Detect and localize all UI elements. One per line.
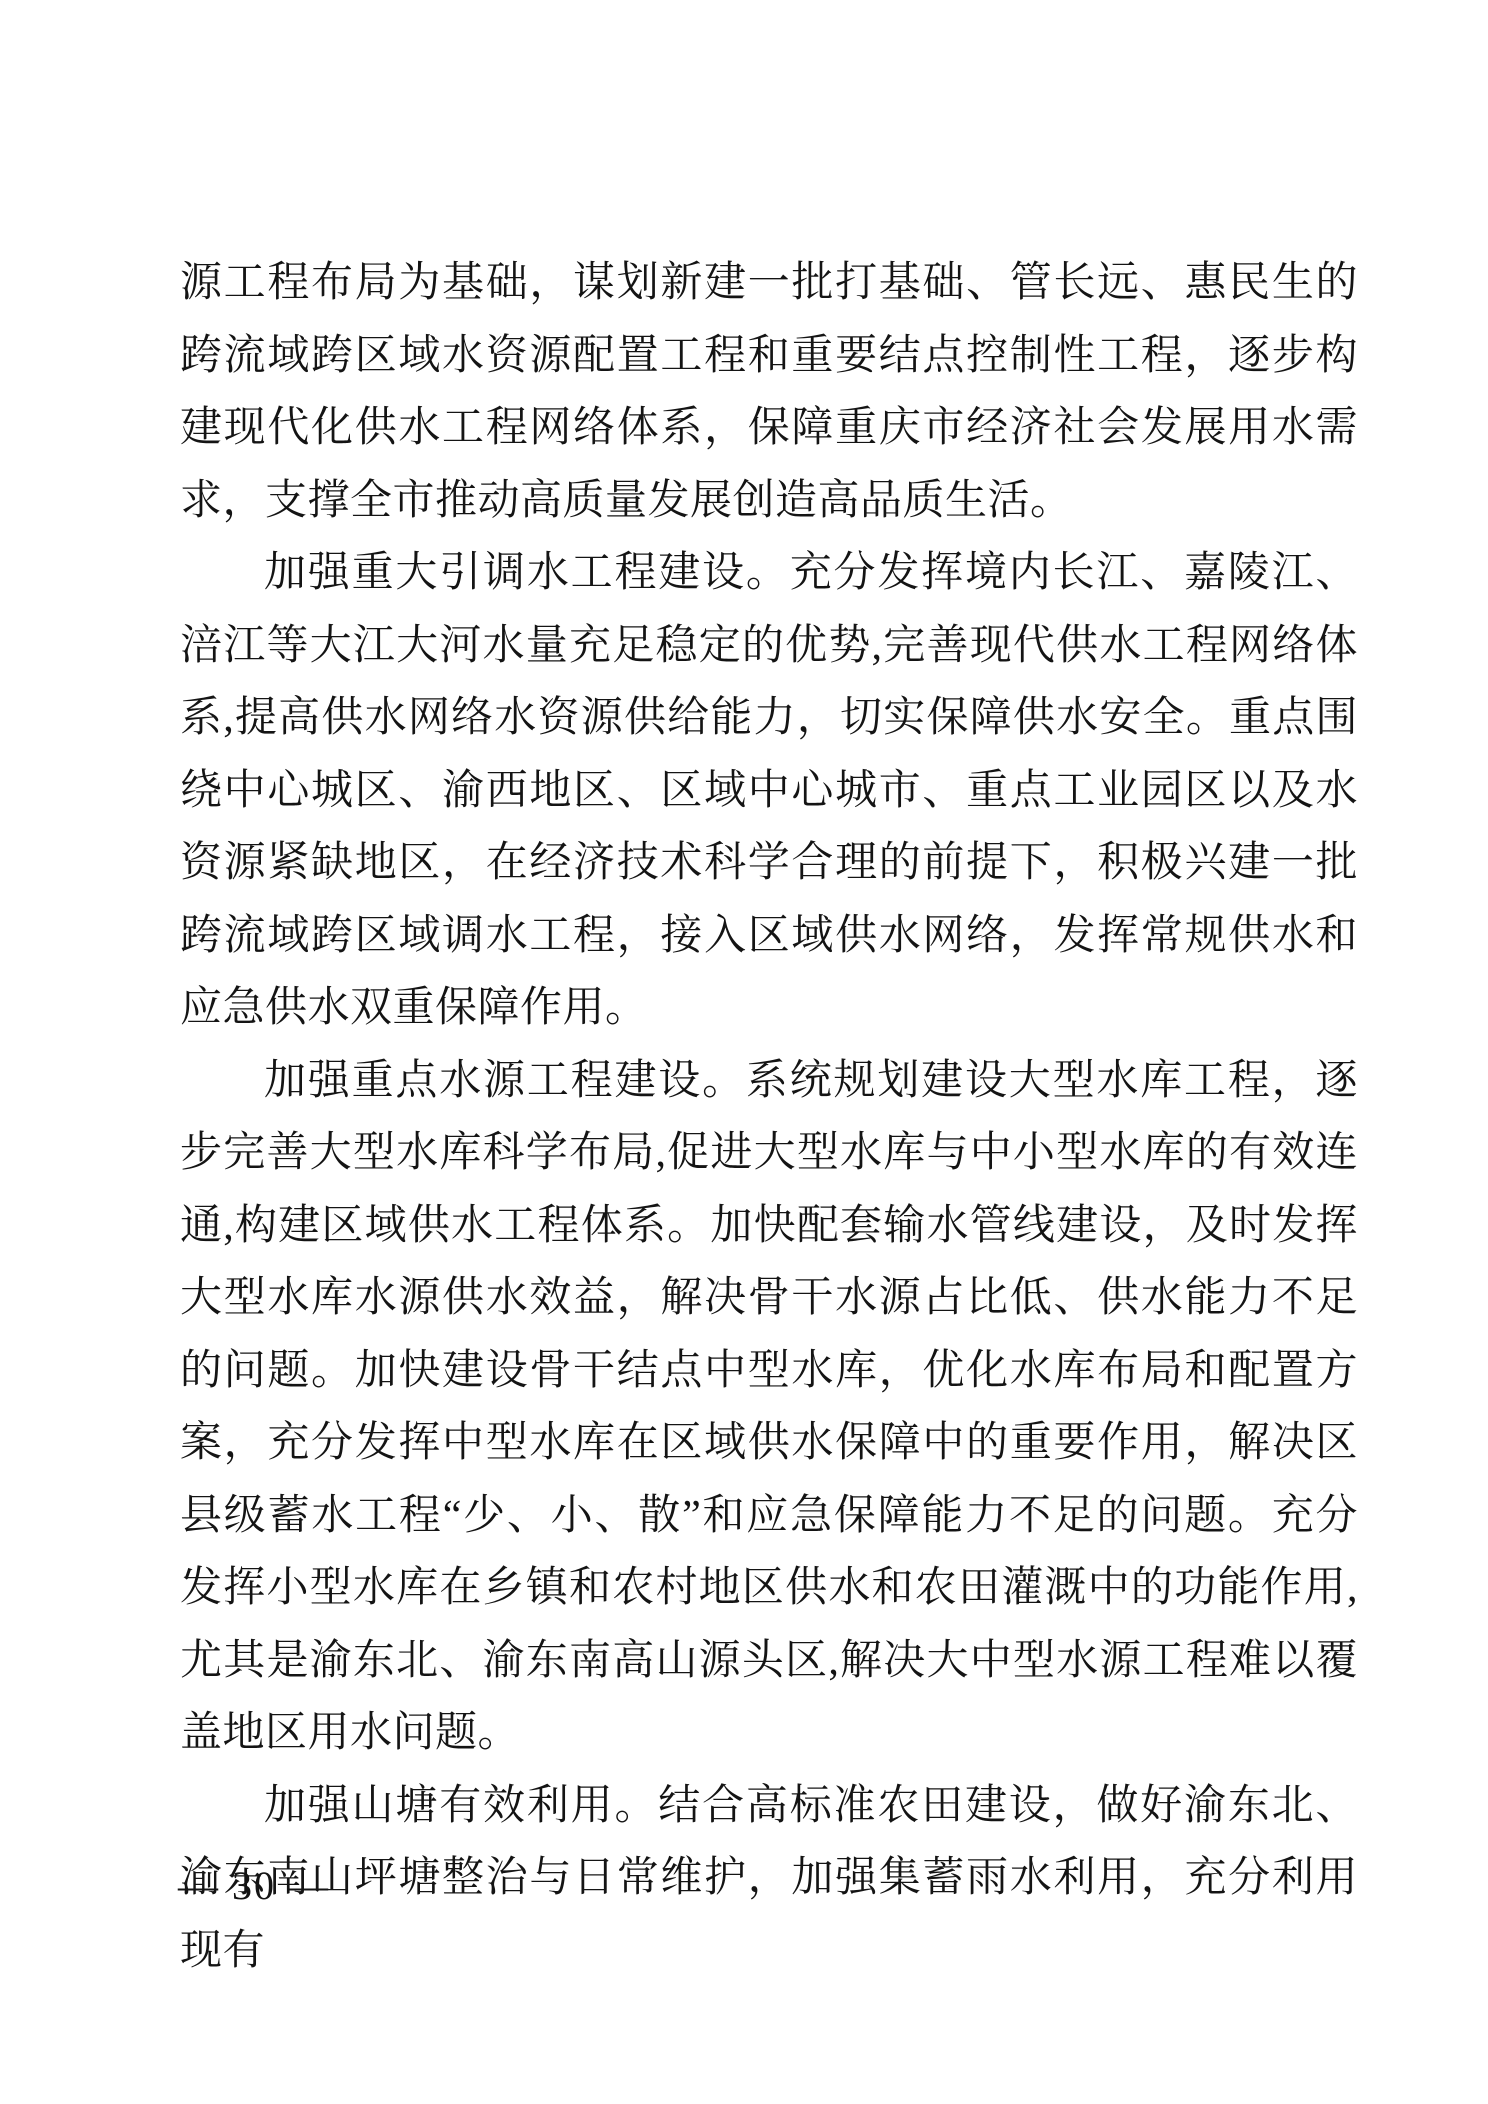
paragraph-mountain-ponds: 加强山塘有效利用。结合高标准农田建设，做好渝东北、渝东南山坪塘整治与日常维护，加… bbox=[180, 1770, 1358, 1988]
paragraph-key-water-source: 加强重点水源工程建设。系统规划建设大型水库工程，逐步完善大型水库科学布局,促进大… bbox=[180, 1045, 1358, 1770]
paragraph-major-water-diversion: 加强重大引调水工程建设。充分发挥境内长江、嘉陵江、涪江等大江大河水量充足稳定的优… bbox=[180, 537, 1358, 1045]
document-body: 源工程布局为基础，谋划新建一批打基础、管长远、惠民生的跨流域跨区域水资源配置工程… bbox=[180, 247, 1358, 1987]
page-number: — 30 — bbox=[178, 1862, 330, 1910]
paragraph-continuation: 源工程布局为基础，谋划新建一批打基础、管长远、惠民生的跨流域跨区域水资源配置工程… bbox=[180, 247, 1358, 537]
document-page: 源工程布局为基础，谋划新建一批打基础、管长远、惠民生的跨流域跨区域水资源配置工程… bbox=[0, 0, 1488, 2104]
